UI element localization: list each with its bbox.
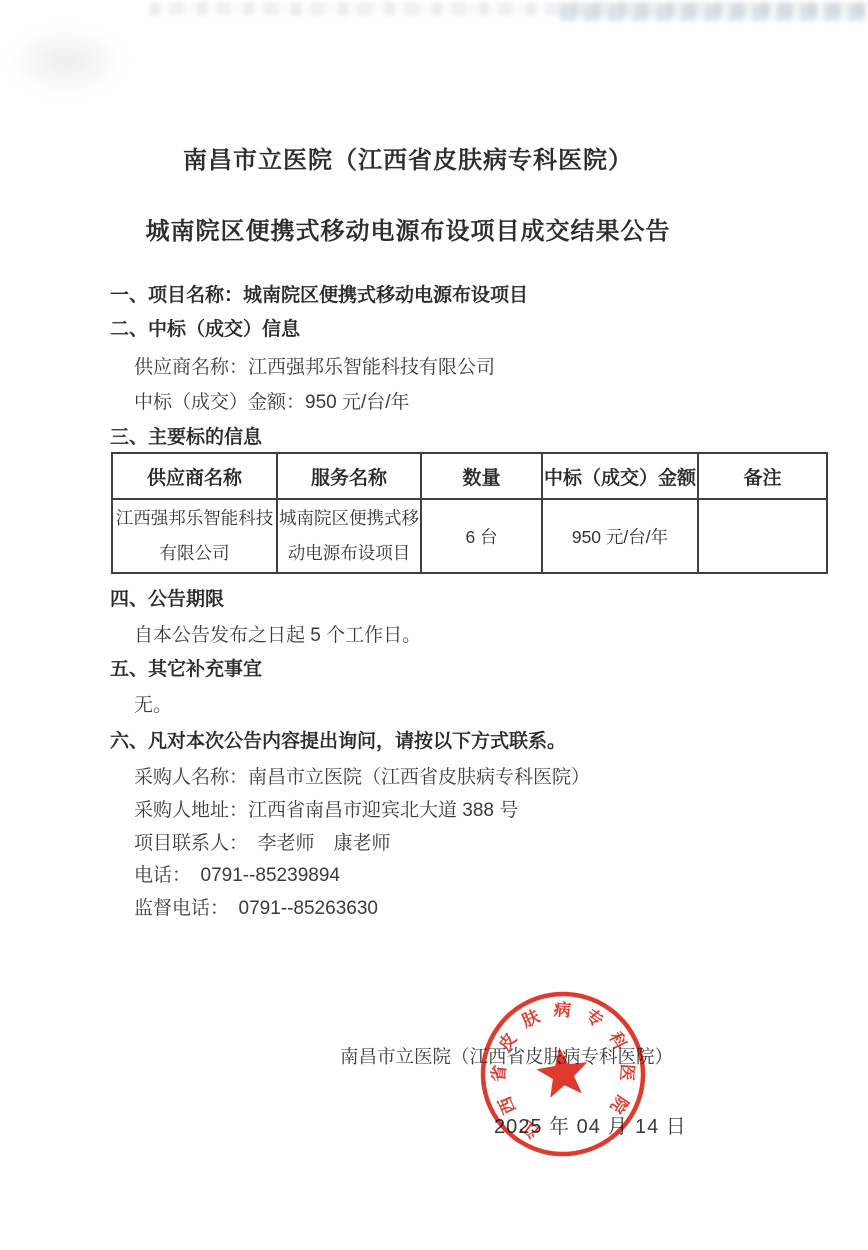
section-6-heading: 六、凡对本次公告内容提出询问，请按以下方式联系。 — [110, 726, 566, 753]
scanned-document-page: 南昌市立医院（江西省皮肤病专科医院） 城南院区便携式移动电源布设项目成交结果公告… — [0, 0, 868, 1250]
section-3-heading: 三、主要标的信息 — [110, 422, 262, 449]
award-details-table: 供应商名称 服务名称 数量 中标（成交）金额 备注 江西强邦乐智能科技 有限公司… — [111, 452, 828, 574]
cell-remark — [698, 499, 827, 573]
table-header-row: 供应商名称 服务名称 数量 中标（成交）金额 备注 — [112, 453, 827, 499]
section-1-heading: 一、项目名称：城南院区便携式移动电源布设项目 — [110, 280, 528, 307]
seal-star-icon — [534, 1044, 592, 1099]
cell-amount: 950 元/台/年 — [542, 499, 698, 573]
document-title-line2: 城南院区便携式移动电源布设项目成交结果公告 — [0, 211, 816, 246]
scan-artifact-top-right — [560, 3, 868, 21]
supplementary-line: 无。 — [134, 690, 172, 717]
award-amount-line: 中标（成交）金额：950 元/台/年 — [134, 387, 410, 414]
buyer-name-line: 采购人名称：南昌市立医院（江西省皮肤病专科医院） — [134, 762, 590, 789]
cell-quantity: 6 台 — [421, 499, 542, 573]
supervision-phone-line: 监督电话： 0791--85263630 — [134, 893, 378, 920]
buyer-address-line: 采购人地址：江西省南昌市迎宾北大道 388 号 — [134, 795, 518, 822]
cell-service: 城南院区便携式移 动电源布设项目 — [277, 499, 421, 573]
table-header-amount: 中标（成交）金额 — [542, 453, 698, 499]
announcement-period-line: 自本公告发布之日起 5 个工作日。 — [134, 620, 421, 647]
cell-supplier: 江西强邦乐智能科技 有限公司 — [112, 499, 277, 573]
section-2-heading: 二、中标（成交）信息 — [110, 314, 300, 341]
contact-person-line: 项目联系人： 李老师 康老师 — [134, 828, 391, 855]
section-4-heading: 四、公告期限 — [110, 584, 224, 611]
document-title-line1: 南昌市立医院（江西省皮肤病专科医院） — [0, 140, 816, 175]
official-seal-stamp: 江西省皮肤病专科医院 — [456, 967, 671, 1182]
section-5-heading: 五、其它补充事宜 — [110, 654, 262, 681]
supplier-name-line: 供应商名称：江西强邦乐智能科技有限公司 — [134, 352, 495, 379]
table-header-remark: 备注 — [698, 453, 827, 499]
table-header-quantity: 数量 — [421, 453, 542, 499]
table-header-service: 服务名称 — [277, 453, 421, 499]
scan-artifact-blob — [6, 26, 126, 96]
table-row: 江西强邦乐智能科技 有限公司 城南院区便携式移 动电源布设项目 6 台 950 … — [112, 499, 827, 573]
phone-line: 电话： 0791--85239894 — [134, 860, 340, 887]
table-header-supplier: 供应商名称 — [112, 453, 277, 499]
